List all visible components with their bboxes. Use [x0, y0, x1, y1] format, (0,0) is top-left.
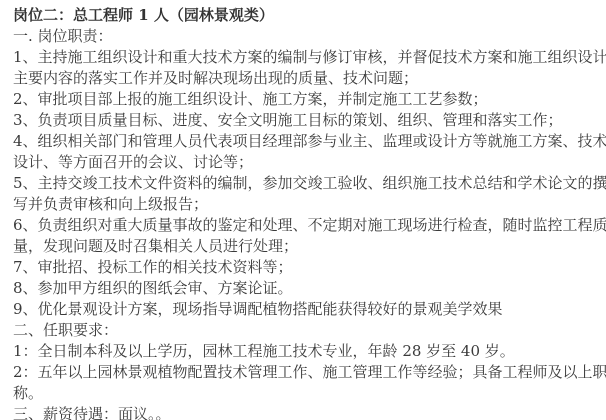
text-line: 设计、等方面召开的会议、讨论等； [13, 152, 598, 173]
text-line: 2：五年以上园林景观植物配置技术管理工作、施工管理工作等经验；具备工程师及以上职 [13, 362, 598, 383]
text-line: 7、审批招、投标工作的相关技术资料等； [13, 257, 598, 278]
text-line: 8、参加甲方组织的图纸会审、方案论证。 [13, 278, 598, 299]
job-posting-title: 岗位二：总工程师 1 人（园林景观类） [13, 5, 598, 26]
text-line: 写并负责审核和向上级报告； [13, 194, 598, 215]
text-line: 量，发现问题及时召集相关人员进行处理； [13, 236, 598, 257]
job-posting-body: 一. 岗位职责：1、主持施工组织设计和重大技术方案的编制与修订审核，并督促技术方… [13, 26, 598, 420]
text-line: 2、审批项目部上报的施工组织设计、施工方案，并制定施工工艺参数； [13, 89, 598, 110]
text-line: 4、组织相关部门和管理人员代表项目经理部参与业主、监理或设计方等就施工方案、技术… [13, 131, 598, 152]
document-page: 岗位二：总工程师 1 人（园林景观类） 一. 岗位职责：1、主持施工组织设计和重… [0, 0, 606, 420]
text-line: 一. 岗位职责： [13, 26, 598, 47]
text-line: 1：全日制本科及以上学历，园林工程施工技术专业，年龄 28 岁至 40 岁。 [13, 341, 598, 362]
text-line: 主要内容的落实工作并及时解决现场出现的质量、技术问题； [13, 68, 598, 89]
text-line: 3、负责项目质量目标、进度、安全文明施工目标的策划、组织、管理和落实工作； [13, 110, 598, 131]
text-line: 三、薪资待遇：面议。。 [13, 404, 598, 420]
text-line: 5、主持交竣工技术文件资料的编制，参加交竣工验收、组织施工技术总结和学术论文的撰 [13, 173, 598, 194]
text-line: 1、主持施工组织设计和重大技术方案的编制与修订审核，并督促技术方案和施工组织设计 [13, 47, 598, 68]
text-line: 称。 [13, 383, 598, 404]
text-line: 6、负责组织对重大质量事故的鉴定和处理、不定期对施工现场进行检查，随时监控工程质 [13, 215, 598, 236]
text-line: 9、优化景观设计方案，现场指导调配植物搭配能获得较好的景观美学效果 [13, 299, 598, 320]
text-line: 二、任职要求： [13, 320, 598, 341]
